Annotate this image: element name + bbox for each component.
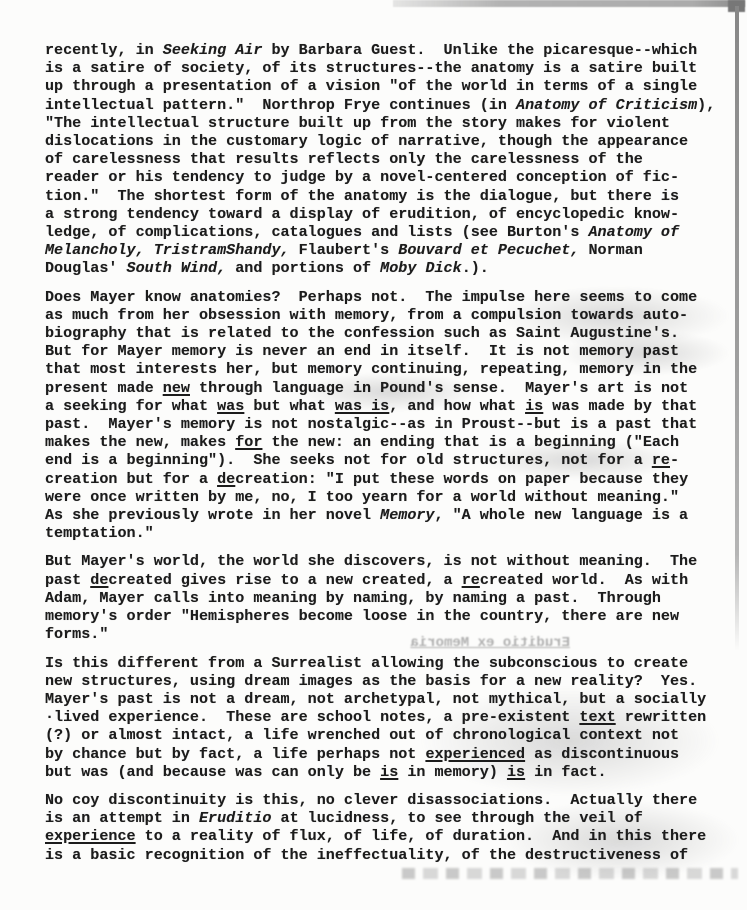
- text-segment: Adam, Mayer calls into meaning by naming…: [45, 589, 661, 607]
- text-segment: Norman: [579, 241, 642, 259]
- text-line: reader or his tendency to judge by a nov…: [45, 168, 717, 186]
- text-segment: is a satire of society, of its structure…: [45, 59, 697, 77]
- text-segment: created gives rise to a new created, a: [108, 571, 461, 589]
- underlined-text: de: [217, 470, 235, 488]
- text-segment: past. Mayer's memory is not nostalgic--a…: [45, 415, 697, 433]
- text-line: forms.": [45, 625, 717, 643]
- text-line: Douglas' South Wind, and portions of Mob…: [45, 259, 717, 277]
- text-segment: the new: an ending that is a beginning (…: [262, 433, 679, 451]
- text-line: past decreated gives rise to a new creat…: [45, 571, 717, 589]
- text-line: tion." The shortest form of the anatomy …: [45, 187, 717, 205]
- text-line: "The intellectual structure built up fro…: [45, 114, 717, 132]
- underlined-text: is: [380, 763, 398, 781]
- text-line: Is this different from a Surrealist allo…: [45, 654, 717, 672]
- italic-text: Moby Dick: [380, 259, 462, 277]
- text-segment: created world. As with: [480, 571, 688, 589]
- text-segment: that most interests her, but memory cont…: [45, 360, 697, 378]
- text-segment: ),: [697, 96, 715, 114]
- text-line: is a basic recognition of the ineffectua…: [45, 846, 717, 864]
- text-segment: biography that is related to the confess…: [45, 324, 679, 342]
- text-segment: a strong tendency toward a display of er…: [45, 205, 679, 223]
- text-segment: as discontinuous: [525, 745, 679, 763]
- italic-text: Melancholy, TristramShandy,: [45, 241, 290, 259]
- text-segment: Does Mayer know anatomies? Perhaps not. …: [45, 288, 697, 306]
- text-segment: ·lived experience. These are school note…: [45, 708, 579, 726]
- italic-text: Seeking Air: [163, 41, 263, 59]
- text-line: is a satire of society, of its structure…: [45, 59, 717, 77]
- text-line: No coy discontinuity is this, no clever …: [45, 791, 717, 809]
- text-segment: Flaubert's: [290, 241, 399, 259]
- underlined-text: experience: [45, 827, 136, 845]
- underlined-text: is: [525, 397, 543, 415]
- text-segment: by chance but by fact, a life perhaps no…: [45, 745, 425, 763]
- text-segment: But Mayer's world, the world she discove…: [45, 552, 697, 570]
- text-segment: as much from her obsession with memory, …: [45, 306, 688, 324]
- text-segment: intellectual pattern." Northrop Frye con…: [45, 96, 516, 114]
- text-line: present made new through language in Pou…: [45, 379, 717, 397]
- italic-text: Bouvard et Pecuchet,: [398, 241, 579, 259]
- text-line: As she previously wrote in her novel Mem…: [45, 506, 717, 524]
- text-segment: was made by that: [543, 397, 697, 415]
- text-segment: dislocations in the customary logic of n…: [45, 132, 688, 150]
- text-segment: recently, in: [45, 41, 163, 59]
- italic-text: Anatomy of: [588, 223, 679, 241]
- text-segment: .).: [462, 259, 489, 277]
- text-segment: and portions of: [226, 259, 380, 277]
- text-segment: tion." The shortest form of the anatomy …: [45, 187, 679, 205]
- text-line: Adam, Mayer calls into meaning by naming…: [45, 589, 717, 607]
- text-line: is an attempt in Eruditio at lucidness, …: [45, 809, 717, 827]
- text-line: past. Mayer's memory is not nostalgic--a…: [45, 415, 717, 433]
- underlined-text: de: [90, 571, 108, 589]
- underlined-text: was: [217, 397, 244, 415]
- text-segment: by Barbara Guest. Unlike the picaresque-…: [262, 41, 697, 59]
- italic-text: Eruditio: [199, 809, 271, 827]
- text-segment: new structures, using dream images as th…: [45, 672, 697, 690]
- text-segment: Is this different from a Surrealist allo…: [45, 654, 688, 672]
- text-segment: in memory): [398, 763, 507, 781]
- text-line: up through a presentation of a vision "o…: [45, 77, 717, 95]
- text-line: But Mayer's world, the world she discove…: [45, 552, 717, 570]
- typewritten-text: recently, in Seeking Air by Barbara Gues…: [45, 41, 717, 874]
- paragraph: Does Mayer know anatomies? Perhaps not. …: [45, 288, 717, 543]
- text-segment: makes the new, makes: [45, 433, 235, 451]
- text-segment: is an attempt in: [45, 809, 199, 827]
- paragraph: Is this different from a Surrealist allo…: [45, 654, 717, 781]
- text-line: Does Mayer know anatomies? Perhaps not. …: [45, 288, 717, 306]
- text-segment: past: [45, 571, 90, 589]
- text-segment: up through a presentation of a vision "o…: [45, 77, 697, 95]
- text-line: temptation.": [45, 524, 717, 542]
- text-line: recently, in Seeking Air by Barbara Gues…: [45, 41, 717, 59]
- text-line: makes the new, makes for the new: an end…: [45, 433, 717, 451]
- text-segment: temptation.": [45, 524, 154, 542]
- text-segment: at lucidness, to see through the veil of: [271, 809, 642, 827]
- underlined-text: re: [652, 451, 670, 469]
- text-segment: ledge, of complications, catalogues and …: [45, 223, 588, 241]
- text-segment: Douglas': [45, 259, 127, 277]
- text-segment: is a basic recognition of the ineffectua…: [45, 846, 688, 864]
- text-segment: end is a beginning"). She seeks not for …: [45, 451, 652, 469]
- text-line: that most interests her, but memory cont…: [45, 360, 717, 378]
- scan-smudge-top: [393, 0, 745, 7]
- text-segment: forms.": [45, 625, 108, 643]
- text-segment: reader or his tendency to judge by a nov…: [45, 168, 679, 186]
- text-line: new structures, using dream images as th…: [45, 672, 717, 690]
- text-segment: in fact.: [525, 763, 607, 781]
- text-line: of carelessness that results reflects on…: [45, 150, 717, 168]
- text-segment: creation: "I put these words on paper be…: [235, 470, 688, 488]
- text-line: by chance but by fact, a life perhaps no…: [45, 745, 717, 763]
- text-line: ·lived experience. These are school note…: [45, 708, 717, 726]
- underlined-text: for: [235, 433, 262, 451]
- text-line: But for Mayer memory is never an end in …: [45, 342, 717, 360]
- text-line: ledge, of complications, catalogues and …: [45, 223, 717, 241]
- text-segment: to a reality of flux, of life, of durati…: [136, 827, 707, 845]
- text-line: a strong tendency toward a display of er…: [45, 205, 717, 223]
- text-line: Mayer's past is not a dream, not archety…: [45, 690, 717, 708]
- text-line: (?) or almost intact, a life wrenched ou…: [45, 726, 717, 744]
- text-segment: rewritten: [616, 708, 707, 726]
- text-segment: memory's order "Hemispheres become loose…: [45, 607, 679, 625]
- underlined-text: new: [163, 379, 190, 397]
- text-segment: , "A whole new language is a: [435, 506, 689, 524]
- text-line: memory's order "Hemispheres become loose…: [45, 607, 717, 625]
- underlined-text: re: [462, 571, 480, 589]
- paragraph: But Mayer's world, the world she discove…: [45, 552, 717, 643]
- text-segment: As she previously wrote in her novel: [45, 506, 380, 524]
- document-page: Eruditio ex Memoria recently, in Seeking…: [0, 0, 747, 910]
- text-segment: (?) or almost intact, a life wrenched ou…: [45, 726, 679, 744]
- scan-edge-line: [735, 6, 739, 651]
- text-segment: through language in Pound's sense. Mayer…: [190, 379, 688, 397]
- text-segment: , and how what: [389, 397, 525, 415]
- text-segment: Mayer's past is not a dream, not archety…: [45, 690, 706, 708]
- italic-text: Memory: [380, 506, 434, 524]
- text-line: as much from her obsession with memory, …: [45, 306, 717, 324]
- text-line: experience to a reality of flux, of life…: [45, 827, 717, 845]
- text-segment: creation but for a: [45, 470, 217, 488]
- text-segment: were once written by me, no, I too yearn…: [45, 488, 679, 506]
- text-segment: present made: [45, 379, 163, 397]
- text-line: but was (and because was can only be is …: [45, 763, 717, 781]
- underlined-text: experienced: [425, 745, 525, 763]
- underlined-text: is: [507, 763, 525, 781]
- text-segment: but was (and because was can only be: [45, 763, 380, 781]
- text-line: creation but for a decreation: "I put th…: [45, 470, 717, 488]
- text-line: end is a beginning"). She seeks not for …: [45, 451, 717, 469]
- text-segment: But for Mayer memory is never an end in …: [45, 342, 679, 360]
- italic-text: South Wind,: [127, 259, 227, 277]
- text-line: intellectual pattern." Northrop Frye con…: [45, 96, 717, 114]
- underlined-text: was is: [335, 397, 389, 415]
- text-line: a seeking for what was but what was is, …: [45, 397, 717, 415]
- text-segment: -: [670, 451, 679, 469]
- text-line: biography that is related to the confess…: [45, 324, 717, 342]
- text-line: dislocations in the customary logic of n…: [45, 132, 717, 150]
- text-segment: "The intellectual structure built up fro…: [45, 114, 670, 132]
- text-line: Melancholy, TristramShandy, Flaubert's B…: [45, 241, 717, 259]
- underlined-text: text: [579, 708, 615, 726]
- text-segment: a seeking for what: [45, 397, 217, 415]
- paragraph: recently, in Seeking Air by Barbara Gues…: [45, 41, 717, 278]
- paragraph: No coy discontinuity is this, no clever …: [45, 791, 717, 864]
- text-segment: of carelessness that results reflects on…: [45, 150, 643, 168]
- italic-text: Anatomy of Criticism: [516, 96, 697, 114]
- text-segment: but what: [244, 397, 335, 415]
- text-segment: No coy discontinuity is this, no clever …: [45, 791, 697, 809]
- text-line: were once written by me, no, I too yearn…: [45, 488, 717, 506]
